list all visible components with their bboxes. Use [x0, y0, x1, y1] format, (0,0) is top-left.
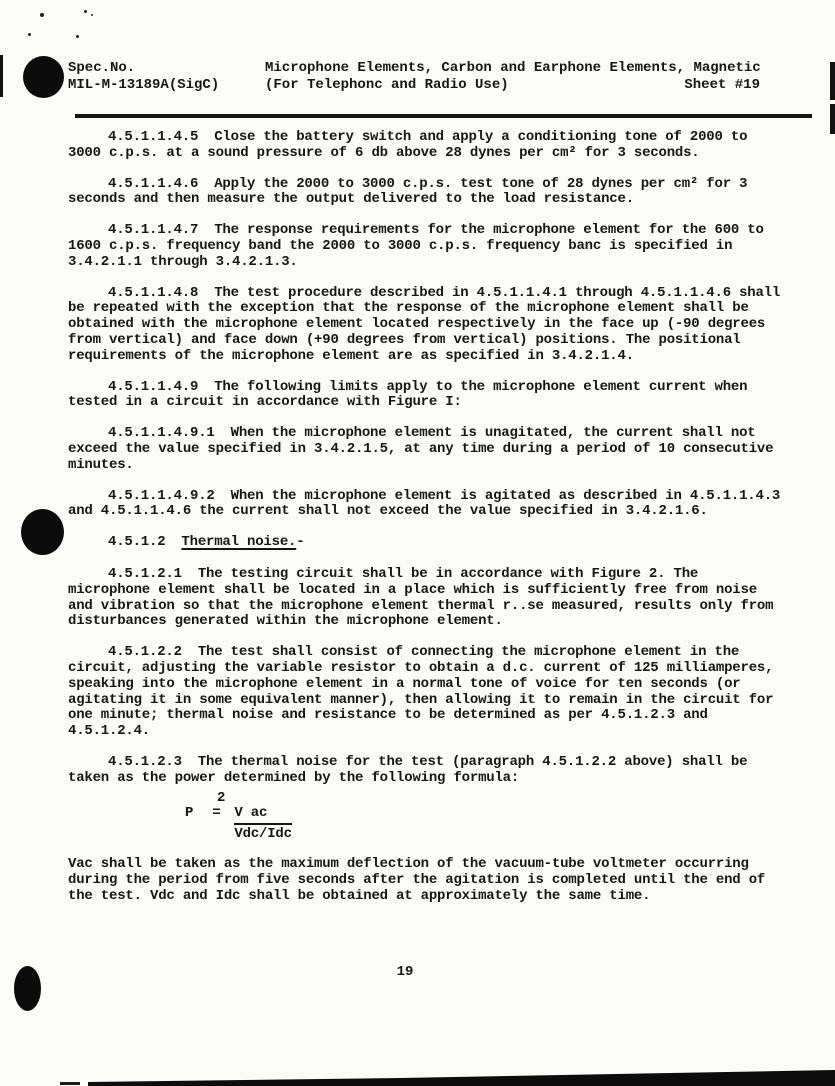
paragraph-number: 4.5.1.1.4.9 — [108, 379, 198, 395]
closing-paragraph: Vac shall be taken as the maximum deflec… — [68, 857, 784, 904]
paragraph-number: 4.5.1.1.4.7 — [108, 222, 198, 238]
page-header: Spec.No. MIL-M-13189A(SigC) Microphone E… — [68, 0, 812, 94]
section-title-dash: - — [296, 534, 304, 550]
scan-edge-mark-left — [0, 55, 3, 97]
spec-paragraph: 4.5.1.2.1The testing circuit shall be in… — [68, 567, 784, 630]
section-heading: 4.5.1.2Thermal noise.- — [68, 535, 784, 551]
spec-paragraph: 4.5.1.2.3The thermal noise for the test … — [68, 755, 784, 787]
scan-speckle — [28, 33, 31, 36]
paragraph-number: 4.5.1.1.4.9.1 — [108, 425, 215, 441]
section-title: Thermal noise. — [181, 534, 296, 550]
paragraph-number: 4.5.1.1.4.6 — [108, 176, 198, 192]
spec-paragraph: 4.5.1.2.2The test shall consist of conne… — [68, 645, 784, 740]
spec-paragraph: 4.5.1.1.4.9The following limits apply to… — [68, 380, 784, 412]
spec-paragraph: 4.5.1.1.4.5Close the battery switch and … — [68, 130, 784, 162]
paragraph-number: 4.5.1.2.1 — [108, 566, 182, 582]
formula-denominator: Vdc/Idc — [234, 825, 291, 843]
paragraph-number: 4.5.1.1.4.5 — [108, 129, 198, 145]
spec-number-block: Spec.No. MIL-M-13189A(SigC) — [68, 60, 265, 94]
scan-speckle — [91, 14, 93, 16]
spec-number: MIL-M-13189A(SigC) — [68, 77, 265, 94]
formula-fraction: V ac Vdc/Idc — [234, 806, 291, 844]
section-number: 4.5.1.2 — [108, 534, 165, 550]
formula-equals: = — [212, 806, 220, 822]
formula-lhs: P — [185, 806, 193, 822]
spec-paragraph: 4.5.1.1.4.6Apply the 2000 to 3000 c.p.s.… — [68, 177, 784, 209]
scan-edge-mark-right-1 — [830, 62, 835, 100]
paragraph-number: 4.5.1.2.2 — [108, 644, 182, 660]
spec-paragraph: 4.5.1.1.4.9.1When the microphone element… — [68, 426, 784, 473]
document-body: 4.5.1.1.4.5Close the battery switch and … — [68, 130, 784, 904]
formula-block: 2 P = V ac Vdc/Idc — [185, 791, 784, 844]
formula-exponent: 2 — [217, 791, 784, 806]
document-title-line2: (For Telephonc and Radio Use) — [265, 77, 509, 94]
document-title-block: Microphone Elements, Carbon and Earphone… — [265, 60, 812, 94]
hole-punch-top — [23, 56, 64, 98]
document-title-line1: Microphone Elements, Carbon and Earphone… — [265, 60, 812, 77]
hole-punch-middle — [21, 509, 64, 555]
scanned-spec-page: Spec.No. MIL-M-13189A(SigC) Microphone E… — [0, 0, 835, 1086]
paragraph-number: 4.5.1.1.4.9.2 — [108, 488, 215, 504]
scan-speckle — [40, 13, 44, 17]
spec-paragraph: 4.5.1.1.4.9.2When the microphone element… — [68, 489, 784, 521]
spec-label: Spec.No. — [68, 60, 265, 77]
formula-numerator: V ac — [234, 806, 291, 826]
page-number: 19 — [0, 964, 810, 980]
paragraph-number: 4.5.1.2.3 — [108, 754, 182, 770]
sheet-number: Sheet #19 — [684, 77, 760, 94]
scan-speckle — [76, 35, 79, 38]
scan-speckle — [84, 10, 87, 13]
spec-paragraph: 4.5.1.1.4.7The response requirements for… — [68, 223, 784, 270]
spec-paragraph: 4.5.1.1.4.8The test procedure described … — [68, 286, 784, 365]
header-rule — [75, 114, 812, 118]
scan-edge-mark-right-2 — [830, 104, 835, 134]
paragraph-number: 4.5.1.1.4.8 — [108, 285, 198, 301]
